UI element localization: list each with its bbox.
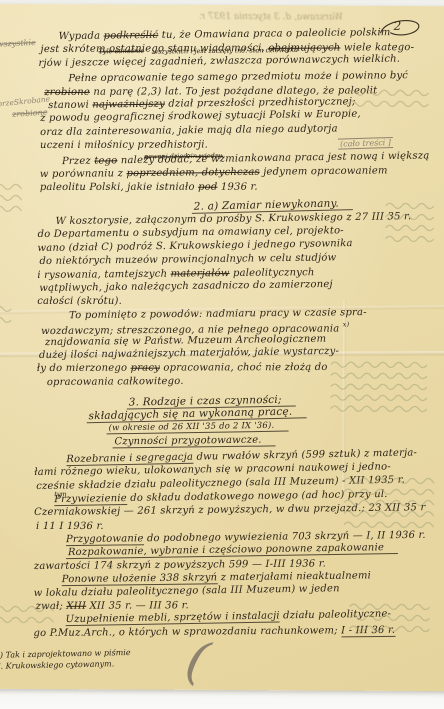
line-text: To pominięto z powodów: nadmiaru pracy w… (69, 307, 367, 321)
line-text: 2. a) Zamiar niewykonany. (192, 197, 353, 214)
ink-annotation: tym (54, 490, 66, 498)
line-text: zwał; XIII XII 35 r. — III 36 r. (36, 600, 189, 612)
text-segment: składających się na wykonaną pracę. (88, 405, 292, 422)
text-segment: wiele katego- (340, 42, 414, 53)
footnote-line: S. Krukowskiego cytowanym. (0, 658, 131, 672)
ink-bleedthrough (0, 180, 22, 213)
line-text: całości (skrótu). (37, 296, 122, 307)
line-text: zawartości 174 skrzyń z powyższych 599 —… (34, 558, 326, 572)
manuscript-lines: Wypada podkreślić tu, że Omawiana praca … (49, 31, 442, 643)
line-text: i rysowania, tamtejszych materjałów pale… (37, 267, 314, 281)
footnote: x) Tak i zaprojektowano w piśmieS. Kruko… (0, 650, 131, 673)
line-text: (w okresie od 26 XII '35 do 2 IX '36). (106, 420, 288, 434)
text-segment: całości (skrótu). (37, 296, 122, 307)
pencil-annotation: wszystkie (0, 38, 36, 49)
line-text: Wypada podkreślić tu, że Omawiana praca … (59, 27, 391, 42)
underlined-phrase: I - III 36 r. (341, 625, 395, 637)
text-segment: zawartości 174 skrzyń z powyższych 599 —… (34, 558, 326, 572)
pencil-annotation: (cało treści ] (338, 137, 393, 150)
line-text: i 11 I 1936 r. (36, 521, 104, 532)
ink-bleedthrough (0, 302, 19, 324)
text-segment: (w okresie od 26 XII '35 do 2 IX '36). (108, 421, 274, 434)
ink-annotation: pewnej dziedzin wiedzy. (144, 152, 223, 161)
text-segment: działu paleolityczne- (280, 609, 392, 622)
text-segment: paleolitycznych (230, 267, 315, 279)
line-text: Pełne opracowanie tego samego przedmiotu… (68, 70, 408, 84)
footnote-reference-mark: x) (343, 321, 350, 329)
text-segment: go P.Muz.Arch., o których w sprawozdaniu… (33, 625, 341, 639)
manuscript-line: Pełne opracowanie tego samego przedmiotu… (68, 70, 442, 87)
ink-annotation: Tyle odnośnie (99, 47, 145, 56)
struck-through-word: poprzedniem, dotychczas (126, 167, 259, 179)
underlined-phrase: Przygotowanie (66, 533, 144, 546)
text-segment: Wypada (59, 31, 104, 43)
text-segment: do niektórych muzeów prowincjonalnych w … (39, 253, 336, 268)
manuscript-paper-sheet: Warszawa, d. 3 stycznia 1937 r. 2 Wypada… (0, 4, 444, 691)
text-segment: i rysowania, tamtejszych (37, 268, 170, 280)
text-segment: To pominięto z powodów: nadmiaru pracy w… (69, 307, 367, 321)
ink-bleedthrough-dateline: Warszawa, d. 3 stycznia 1937 r. (113, 11, 343, 22)
underlined-phrase: Rozebranie i segregacja (66, 451, 193, 465)
text-segment: 1936 r. (217, 182, 257, 193)
text-segment: ły do mierzonego (37, 363, 131, 374)
struck-through-word: materjałów (171, 268, 230, 280)
manuscript-line: go P.Muz.Arch., o których w sprawozdaniu… (33, 624, 439, 641)
struck-through-word: pod (198, 182, 217, 193)
struck-through-word: pracy (131, 363, 160, 374)
underlined-phrase: Uzupełnienie mebli, sprzętów i instalacj… (65, 611, 279, 627)
line-text: go P.Muz.Arch., o których w sprawozdaniu… (33, 625, 395, 639)
text-segment: dwu rwałów skrzyń (599 sztuk) z materja- (193, 447, 417, 462)
text-segment: jedynem opracowaniem (260, 165, 388, 177)
line-text: opracowania całkowitego. (47, 376, 184, 388)
text-segment: Czynności przygotowawcze. (114, 435, 261, 448)
struck-through-word: tego (94, 155, 117, 166)
manuscript-line: paleolitu Polski, jakie istniało pod 193… (40, 182, 442, 196)
text-segment: na parę (2,3) lat. To jest pożądane dlat… (90, 85, 377, 98)
text-segment: z materjałami nieaktualnemi (217, 571, 371, 584)
text-segment: stanowi (48, 100, 92, 112)
struck-through-word: zrobione (44, 86, 90, 97)
text-segment: paleolitu Polski, jakie istniało (40, 182, 198, 193)
text-segment: w porównaniu z (40, 168, 127, 180)
bleedthrough-layer (0, 4, 444, 6)
text-segment: opracowania całkowitego. (47, 376, 184, 388)
underlined-phrase: Ponowne ułożenie 338 skrzyń (62, 572, 218, 586)
text-segment: dział przeszłości przedhistorycznej; (165, 96, 356, 109)
line-text: Czynności przygotowawcze. (112, 435, 275, 449)
margin-notes-layer: wszystkieTyle odnośniewszystkich i jest … (0, 4, 444, 6)
line-text: ły do mierzonego pracy opracowania, choć… (37, 362, 328, 374)
line-text: do niektórych muzeów prowincjonalnych w … (39, 253, 336, 268)
text-segment: i 11 I 1936 r. (36, 521, 104, 532)
text-segment: 2. a) Zamiar niewykonany. (194, 197, 339, 212)
text-segment: Przez (62, 155, 95, 167)
pencil-annotation: (przeSkrobane (0, 94, 50, 109)
text-segment: XII 35 r. — III 36 r. (86, 600, 189, 612)
line-text: uczeni i miłośnicy przedhistorji. (40, 140, 208, 152)
line-text: paleolitu Polski, jakie istniało pod 193… (40, 182, 258, 193)
text-segment: zwał; (36, 601, 67, 612)
text-segment: Pełne opracowanie tego samego przedmiotu… (68, 70, 408, 84)
manuscript-line: opracowania całkowitego. (47, 373, 441, 390)
text-segment: opracowania, choć nie złożą do (160, 362, 328, 374)
struck-through-word: XIII (66, 601, 86, 612)
struck-through-word: najważniejszy (92, 99, 165, 111)
line-text: w porównaniu z poprzedniem, dotychczas j… (40, 165, 388, 180)
scanned-manuscript-page: { "document": { "kind": "handwritten man… (0, 0, 444, 709)
text-segment: tu, że Omawiana praca o paleolicie polsk… (158, 27, 390, 41)
text-segment: uczeni i miłośnicy przedhistorji. (40, 140, 208, 152)
struck-through-word: podkreślić (104, 30, 159, 42)
